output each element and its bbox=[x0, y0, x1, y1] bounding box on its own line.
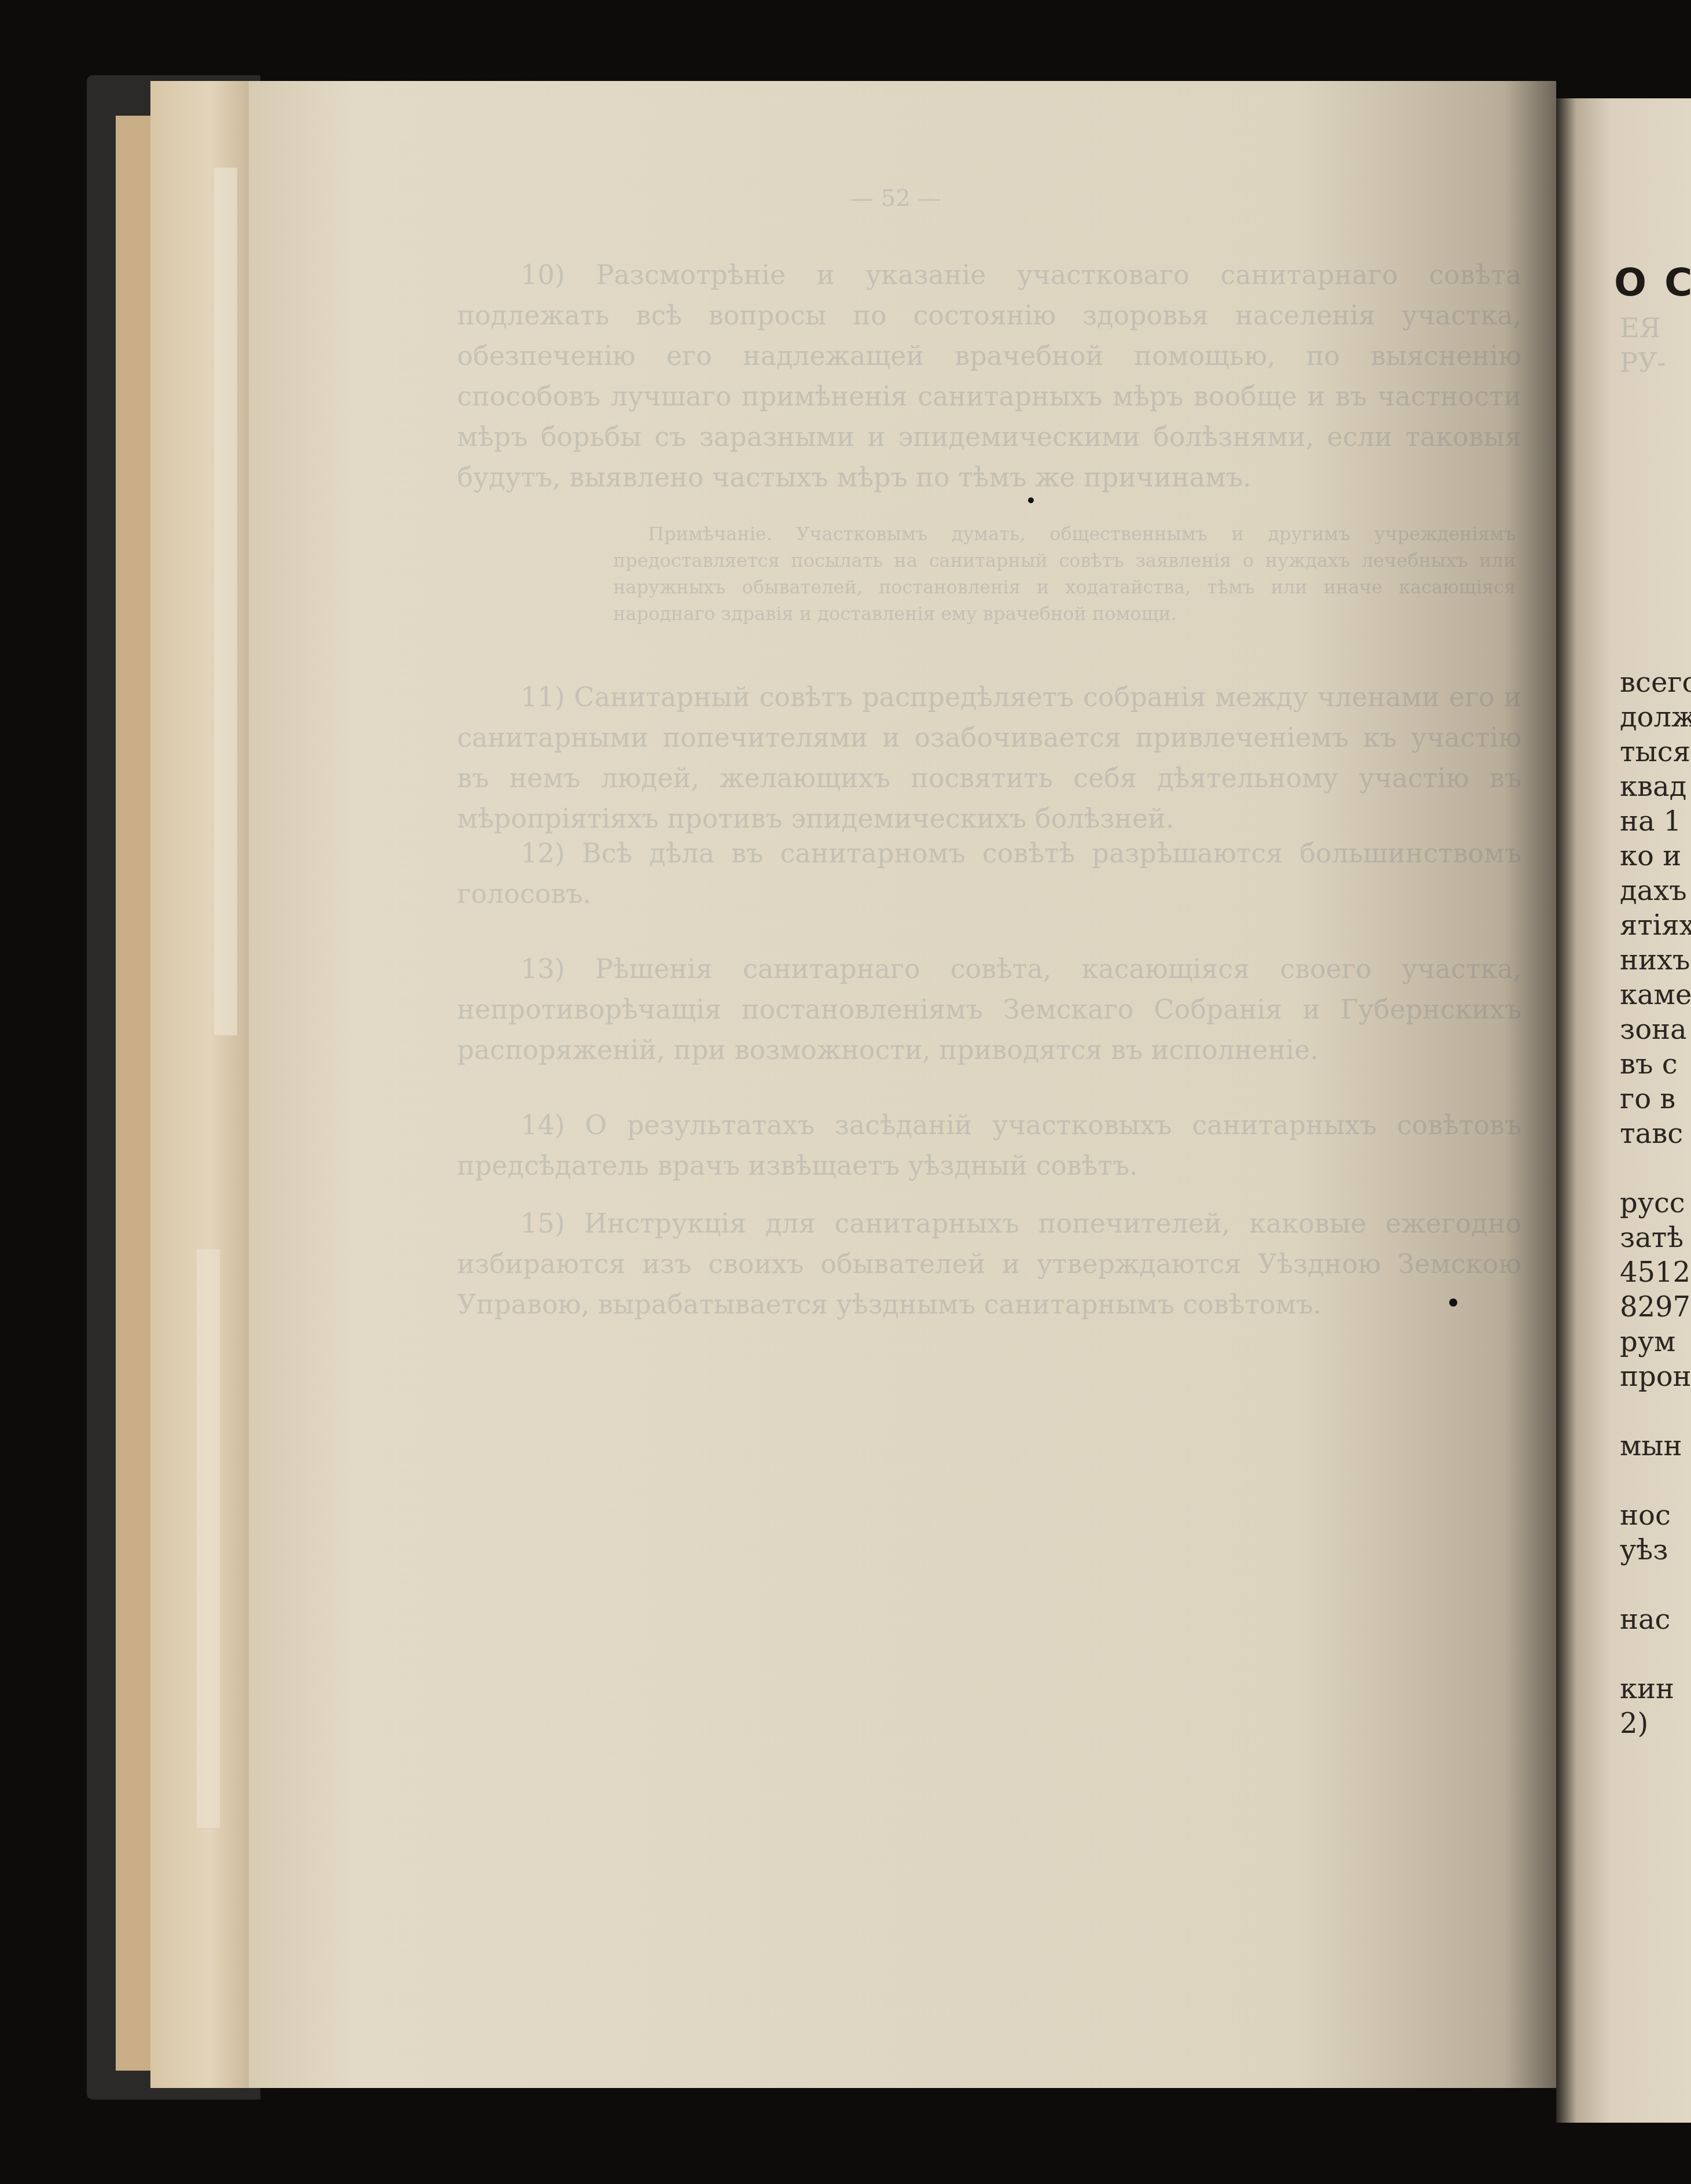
line: 2) bbox=[1620, 1707, 1648, 1740]
paragraph-12: 12) Всѣ дѣла въ санитарномъ совѣтѣ разрѣ… bbox=[457, 833, 1521, 914]
page-edges bbox=[150, 81, 249, 2088]
line: въ с bbox=[1620, 1048, 1678, 1080]
line: го в bbox=[1620, 1083, 1675, 1115]
paragraph-14: 14) О результатахъ засѣданій участковыхъ… bbox=[457, 1105, 1521, 1186]
right-page-heading: О СО bbox=[1614, 260, 1691, 305]
line: затѣ bbox=[1620, 1222, 1683, 1254]
line: всего bbox=[1620, 666, 1691, 699]
line: рум bbox=[1620, 1326, 1675, 1358]
ink-spot bbox=[1028, 497, 1034, 503]
right-page: О СО ЕЯ РУ- всего долж тыся квад на 1 ко… bbox=[1556, 98, 1691, 2123]
line: русс bbox=[1620, 1187, 1685, 1219]
paragraph-13: 13) Рѣшенія санитарнаго совѣта, касающія… bbox=[457, 949, 1521, 1070]
line: нихъ bbox=[1620, 944, 1690, 976]
paragraph-15: 15) Инструкція для санитарныхъ попечител… bbox=[457, 1203, 1521, 1325]
line: каме bbox=[1620, 979, 1691, 1011]
line: уѣз bbox=[1620, 1534, 1668, 1566]
line: нас bbox=[1620, 1603, 1671, 1636]
torn-page-strip bbox=[214, 168, 237, 1035]
line: 8297 bbox=[1620, 1291, 1690, 1323]
line: мын bbox=[1620, 1430, 1682, 1462]
line: прон bbox=[1620, 1360, 1691, 1393]
paragraph-11: 11) Санитарный совѣтъ распредѣляетъ собр… bbox=[457, 677, 1521, 839]
line: кин bbox=[1620, 1673, 1674, 1705]
line: 4512 bbox=[1620, 1256, 1690, 1289]
note-paragraph: Примѣчаніе. Участковымъ думать, обществе… bbox=[613, 521, 1516, 627]
line: нос bbox=[1620, 1499, 1671, 1532]
ink-spot bbox=[1449, 1298, 1457, 1307]
line: дахъ bbox=[1620, 875, 1687, 907]
faded-line: ЕЯ bbox=[1620, 312, 1661, 344]
line: на 1 bbox=[1620, 805, 1681, 838]
line: тавс bbox=[1620, 1117, 1683, 1150]
line: ятіях bbox=[1620, 909, 1691, 942]
paragraph-10: 10) Разсмотрѣніе и указаніе участковаго … bbox=[457, 254, 1521, 497]
line: зона bbox=[1620, 1013, 1687, 1046]
line: тыся bbox=[1620, 736, 1690, 768]
right-page-text: всего долж тыся квад на 1 ко и дахъ ятія… bbox=[1620, 665, 1691, 1741]
line: квад bbox=[1620, 770, 1686, 803]
faded-line: РУ- bbox=[1620, 347, 1666, 378]
line: ко и bbox=[1620, 840, 1681, 872]
page-number: — 52 — bbox=[850, 185, 941, 212]
torn-page-strip bbox=[197, 1249, 220, 1828]
line: долж bbox=[1620, 701, 1691, 733]
